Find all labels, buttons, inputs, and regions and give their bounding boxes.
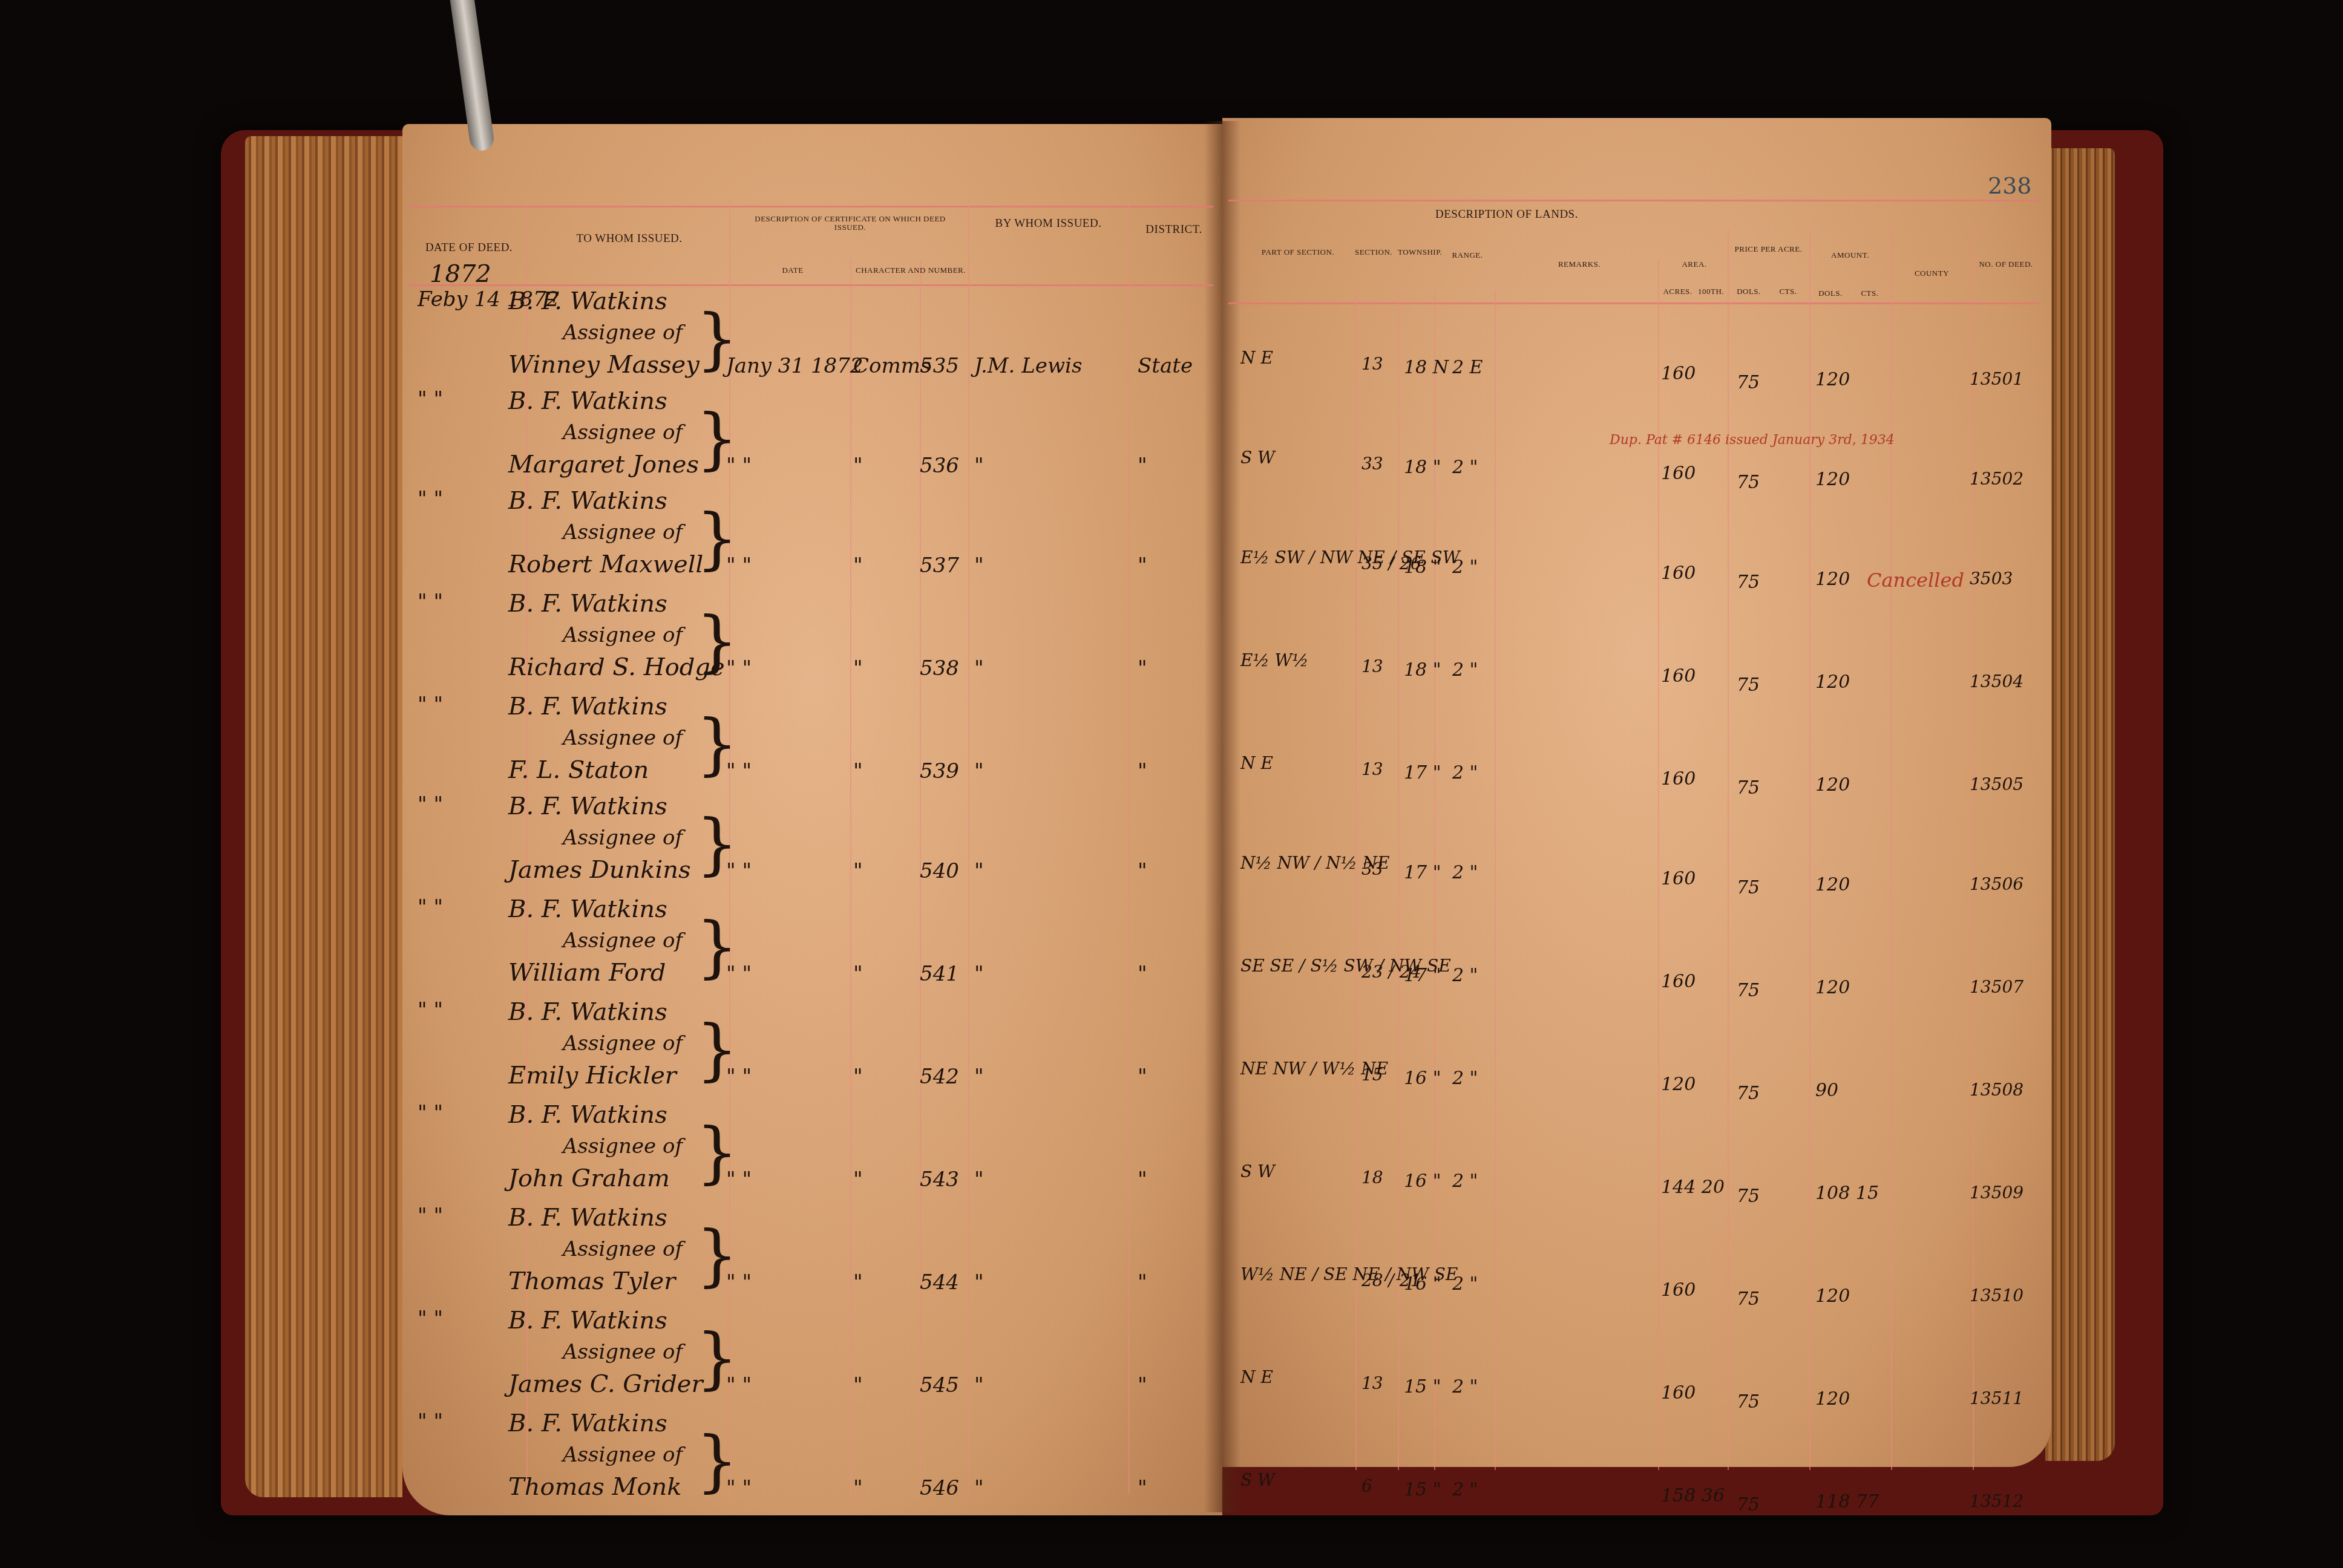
- certificate-date: Jany 31 1872: [726, 354, 863, 378]
- certificate-number: 538: [920, 656, 959, 681]
- deed-date: " ": [418, 1307, 443, 1331]
- amount: 120: [1815, 977, 1850, 998]
- certificate-character: ": [853, 1065, 863, 1089]
- issued-by: J.M. Lewis: [974, 354, 1082, 378]
- range: 2 ": [1452, 1479, 1478, 1500]
- grantee-name: B. F. Watkins: [508, 387, 667, 415]
- deed-number: 13506: [1970, 874, 2023, 894]
- col-rule: [1809, 230, 1810, 1470]
- deed-date: " ": [418, 1101, 443, 1125]
- deed-number: 13504: [1970, 671, 2023, 691]
- grantee-name: B. F. Watkins: [508, 693, 667, 720]
- assignor-name: James C. Grider: [508, 1370, 703, 1398]
- assignor-name: John Graham: [508, 1165, 670, 1192]
- township: 16 ": [1404, 1068, 1441, 1089]
- header-rule-bottom-right: [1228, 302, 2039, 304]
- assignee-label: Assignee of: [563, 520, 683, 544]
- certificate-number: 536: [920, 454, 959, 478]
- header-cert-character: Character and Number.: [853, 266, 968, 275]
- deed-number: 13509: [1970, 1183, 2023, 1203]
- header-county: County: [1894, 269, 1970, 278]
- header-township: Township.: [1398, 248, 1440, 256]
- amount: 118 77: [1815, 1491, 1879, 1512]
- issued-by: ": [974, 962, 984, 986]
- deed-number: 13508: [1970, 1080, 2023, 1100]
- col-rule: [1398, 290, 1399, 1470]
- assignor-name: William Ford: [508, 959, 666, 987]
- assignor-name: Thomas Monk: [508, 1473, 682, 1501]
- township: 16 ": [1404, 1171, 1441, 1192]
- deed-number: 13512: [1970, 1491, 2023, 1511]
- area-acres: 160: [1661, 1382, 1696, 1403]
- price-per-acre: 75: [1737, 372, 1760, 393]
- header-no-of-deed: No. of Deed.: [1976, 260, 2036, 269]
- deed-number: 13501: [1970, 369, 2023, 389]
- assignee-label: Assignee of: [563, 1031, 683, 1056]
- certificate-character: ": [853, 1373, 863, 1397]
- certificate-number: 539: [920, 759, 959, 783]
- district: ": [1138, 859, 1147, 883]
- header-rule-bottom-left: [408, 284, 1213, 286]
- range: 2 ": [1452, 965, 1478, 986]
- col-rule: [1129, 200, 1130, 1494]
- certificate-number: 537: [920, 554, 959, 578]
- deed-date: " ": [418, 387, 443, 411]
- header-to-whom-issued: To Whom Issued.: [545, 233, 714, 246]
- assignor-name: Margaret Jones: [508, 451, 699, 479]
- section: 13: [1362, 1373, 1383, 1393]
- header-remarks: Remarks.: [1525, 260, 1634, 269]
- certificate-character: ": [853, 454, 863, 478]
- township: 18 ": [1404, 557, 1441, 578]
- district: ": [1138, 1373, 1147, 1397]
- issued-by: ": [974, 1270, 984, 1295]
- page-stack-right: [2045, 148, 2115, 1461]
- price-per-acre: 75: [1737, 1186, 1760, 1207]
- section: 13: [1362, 759, 1383, 779]
- assignee-label: Assignee of: [563, 1443, 683, 1467]
- part-of-section: S W: [1240, 448, 1275, 468]
- area-acres: 160: [1661, 768, 1696, 789]
- assignee-label: Assignee of: [563, 1340, 683, 1364]
- assignee-label: Assignee of: [563, 726, 683, 750]
- certificate-date: " ": [726, 1476, 752, 1500]
- header-section: Section.: [1352, 248, 1395, 256]
- assignor-name: Robert Maxwell: [508, 550, 703, 578]
- deed-date: " ": [418, 792, 443, 817]
- header-amount: Amount.: [1812, 251, 1888, 260]
- certificate-character: ": [853, 1168, 863, 1192]
- header-hundredths: 100th.: [1694, 287, 1728, 296]
- district: ": [1138, 1476, 1147, 1500]
- township: 16 ": [1404, 1273, 1441, 1295]
- grantee-name: B. F. Watkins: [508, 895, 667, 923]
- section: 13: [1362, 656, 1383, 676]
- deed-number: 13502: [1970, 469, 2023, 489]
- certificate-number: 542: [920, 1065, 959, 1089]
- grantee-name: B. F. Watkins: [508, 1410, 667, 1437]
- header-district: District.: [1132, 224, 1216, 237]
- district: State: [1138, 354, 1193, 378]
- assignor-name: Thomas Tyler: [508, 1267, 675, 1295]
- grantee-name: B. F. Watkins: [508, 590, 667, 618]
- price-per-acre: 75: [1737, 980, 1760, 1001]
- price-per-acre: 75: [1737, 777, 1760, 799]
- district: ": [1138, 1270, 1147, 1295]
- deed-date: " ": [418, 998, 443, 1022]
- price-per-acre: 75: [1737, 472, 1760, 493]
- issued-by: ": [974, 1476, 984, 1500]
- remark: Dup. Pat # 6146 issued January 3rd, 1934: [1610, 433, 1895, 448]
- col-rule: [1355, 290, 1357, 1470]
- township: 18 ": [1404, 457, 1441, 478]
- certificate-number: 540: [920, 859, 959, 883]
- remark: Cancelled: [1867, 569, 1964, 592]
- area-acres: 160: [1661, 868, 1696, 889]
- certificate-date: " ": [726, 1373, 752, 1397]
- part-of-section: S W: [1240, 1470, 1275, 1490]
- header-certificate: Description of Certificate on which Deed…: [741, 215, 959, 232]
- amount: 108 15: [1815, 1183, 1879, 1204]
- issued-by: ": [974, 454, 984, 478]
- col-rule: [1891, 230, 1892, 1470]
- district: ": [1138, 759, 1147, 783]
- price-per-acre: 75: [1737, 1391, 1760, 1413]
- section: 15: [1362, 1065, 1383, 1085]
- issued-by: ": [974, 656, 984, 681]
- assignee-label: Assignee of: [563, 1134, 683, 1158]
- district: ": [1138, 454, 1147, 478]
- amount: 120: [1815, 569, 1850, 590]
- deed-date: " ": [418, 693, 443, 717]
- assignee-label: Assignee of: [563, 623, 683, 647]
- assignee-label: Assignee of: [563, 321, 683, 345]
- grantee-name: B. F. Watkins: [508, 792, 667, 820]
- deed-date: " ": [418, 487, 443, 511]
- grantee-name: B. F. Watkins: [508, 487, 667, 515]
- amount: 120: [1815, 369, 1850, 390]
- certificate-date: " ": [726, 962, 752, 986]
- certificate-date: " ": [726, 759, 752, 783]
- amount: 120: [1815, 874, 1850, 895]
- assignor-name: James Dunkins: [508, 856, 691, 884]
- header-price-cts: Cts.: [1770, 287, 1806, 296]
- assignee-label: Assignee of: [563, 1237, 683, 1261]
- township: 18 ": [1404, 659, 1441, 681]
- district: ": [1138, 656, 1147, 681]
- header-rule-top-left: [408, 206, 1213, 207]
- assignor-name: F. L. Staton: [508, 756, 649, 784]
- district: ": [1138, 962, 1147, 986]
- area-acres: 144 20: [1661, 1177, 1725, 1198]
- issued-by: ": [974, 554, 984, 578]
- amount: 90: [1815, 1080, 1838, 1101]
- price-per-acre: 75: [1737, 1494, 1760, 1515]
- certificate-date: " ": [726, 554, 752, 578]
- grantee-name: B. F. Watkins: [508, 998, 667, 1026]
- range: 2 ": [1452, 862, 1478, 883]
- amount: 120: [1815, 774, 1850, 795]
- range: 2 ": [1452, 762, 1478, 783]
- grantee-name: B. F. Watkins: [508, 1307, 667, 1334]
- township: 17 ": [1404, 965, 1441, 986]
- deed-number: 13510: [1970, 1285, 2023, 1305]
- area-acres: 160: [1661, 665, 1696, 687]
- col-rule: [1728, 230, 1729, 1470]
- price-per-acre: 75: [1737, 1083, 1760, 1104]
- area-acres: 160: [1661, 563, 1696, 584]
- district: ": [1138, 554, 1147, 578]
- header-amount-dols: Dols.: [1812, 289, 1849, 298]
- area-acres: 160: [1661, 363, 1696, 384]
- range: 2 ": [1452, 1171, 1478, 1192]
- certificate-character: ": [853, 656, 863, 681]
- col-rule: [1973, 230, 1974, 1470]
- section: 18: [1362, 1168, 1383, 1187]
- certificate-date: " ": [726, 859, 752, 883]
- issued-by: ": [974, 1373, 984, 1397]
- range: 2 ": [1452, 1068, 1478, 1089]
- range: 2 ": [1452, 1376, 1478, 1397]
- district: ": [1138, 1168, 1147, 1192]
- col-rule: [1495, 290, 1496, 1470]
- price-per-acre: 75: [1737, 1289, 1760, 1310]
- certificate-character: ": [853, 554, 863, 578]
- deed-date: " ": [418, 895, 443, 920]
- certificate-character: ": [853, 859, 863, 883]
- certificate-character: ": [853, 962, 863, 986]
- page-stack-left: [245, 136, 402, 1497]
- header-by-whom-issued: By Whom Issued.: [971, 218, 1126, 230]
- assignor-name: Richard S. Hodge: [508, 653, 725, 681]
- header-price-dols: Dols.: [1731, 287, 1767, 296]
- part-of-section: N E: [1240, 1367, 1273, 1387]
- township: 15 ": [1404, 1376, 1441, 1397]
- range: 2 ": [1452, 659, 1478, 681]
- deed-date: " ": [418, 1410, 443, 1434]
- price-per-acre: 75: [1737, 877, 1760, 898]
- certificate-number: 544: [920, 1270, 959, 1295]
- range: 2 ": [1452, 557, 1478, 578]
- header-amount-cts: Cts.: [1852, 289, 1888, 298]
- section: 13: [1362, 354, 1383, 374]
- issued-by: ": [974, 759, 984, 783]
- page-number: 238: [1988, 172, 2032, 199]
- grantee-name: B. F. Watkins: [508, 1204, 667, 1232]
- section: 33: [1362, 454, 1383, 474]
- section: 33: [1362, 859, 1383, 879]
- range: 2 ": [1452, 457, 1478, 478]
- price-per-acre: 75: [1737, 572, 1760, 593]
- township: 17 ": [1404, 762, 1441, 783]
- area-acres: 160: [1661, 1279, 1696, 1301]
- certificate-date: " ": [726, 454, 752, 478]
- header-area: Area.: [1661, 260, 1728, 269]
- assignee-label: Assignee of: [563, 420, 683, 445]
- certificate-character: ": [853, 759, 863, 783]
- part-of-section: N E: [1240, 753, 1273, 773]
- certificate-number: 541: [920, 962, 959, 986]
- certificate-number: 546: [920, 1476, 959, 1500]
- township: 18 N: [1404, 357, 1449, 378]
- grantee-name: B. F. Watkins: [508, 1101, 667, 1129]
- certificate-date: " ": [726, 1270, 752, 1295]
- district: ": [1138, 1065, 1147, 1089]
- header-range: Range.: [1443, 251, 1492, 260]
- deed-date: " ": [418, 590, 443, 614]
- certificate-character: ": [853, 1270, 863, 1295]
- certificate-number: 545: [920, 1373, 959, 1397]
- certificate-date: " ": [726, 656, 752, 681]
- certificate-number: 543: [920, 1168, 959, 1192]
- deed-number: 13511: [1970, 1388, 2023, 1408]
- header-price-per-acre: Price per Acre.: [1731, 245, 1806, 253]
- certificate-date: " ": [726, 1168, 752, 1192]
- part-of-section: N E: [1240, 348, 1273, 368]
- assignor-name: Emily Hickler: [508, 1062, 677, 1089]
- issued-by: ": [974, 1065, 984, 1089]
- amount: 120: [1815, 469, 1850, 490]
- header-date-of-deed: Date of Deed.: [418, 242, 520, 255]
- area-acres: 160: [1661, 463, 1696, 484]
- deed-date: " ": [418, 1204, 443, 1228]
- price-per-acre: 75: [1737, 675, 1760, 696]
- area-acres: 158 36: [1661, 1485, 1725, 1506]
- assignee-label: Assignee of: [563, 929, 683, 953]
- deed-number: 3503: [1970, 569, 2013, 589]
- header-part-of-section: Part of Section.: [1247, 248, 1349, 256]
- section: 6: [1362, 1476, 1372, 1496]
- certificate-character: ": [853, 1476, 863, 1500]
- grantee-name: B. F. Watkins: [508, 287, 667, 315]
- deed-number: 13507: [1970, 977, 2023, 997]
- township: 15 ": [1404, 1479, 1441, 1500]
- col-rule: [968, 200, 969, 1494]
- year-label: 1872: [430, 260, 491, 288]
- issued-by: ": [974, 859, 984, 883]
- area-acres: 120: [1661, 1074, 1696, 1095]
- deed-number: 13505: [1970, 774, 2023, 794]
- header-acres: Acres.: [1661, 287, 1694, 296]
- certificate-number: 535: [920, 354, 959, 378]
- header-description-of-lands: Description of Lands.: [1380, 209, 1634, 221]
- issued-by: ": [974, 1168, 984, 1192]
- township: 17 ": [1404, 862, 1441, 883]
- header-rule-top-right: [1228, 200, 2039, 201]
- range: 2 E: [1452, 357, 1483, 378]
- assignee-label: Assignee of: [563, 826, 683, 850]
- area-acres: 160: [1661, 971, 1696, 992]
- amount: 120: [1815, 1285, 1850, 1307]
- book-gutter: [1204, 121, 1240, 1512]
- header-cert-date: Date: [741, 266, 844, 275]
- part-of-section: S W: [1240, 1161, 1275, 1181]
- range: 2 ": [1452, 1273, 1478, 1295]
- col-rule: [850, 260, 851, 1494]
- assignor-name: Winney Massey: [508, 351, 700, 379]
- certificate-date: " ": [726, 1065, 752, 1089]
- amount: 120: [1815, 1388, 1850, 1410]
- amount: 120: [1815, 671, 1850, 693]
- part-of-section: E½ W½: [1240, 650, 1308, 670]
